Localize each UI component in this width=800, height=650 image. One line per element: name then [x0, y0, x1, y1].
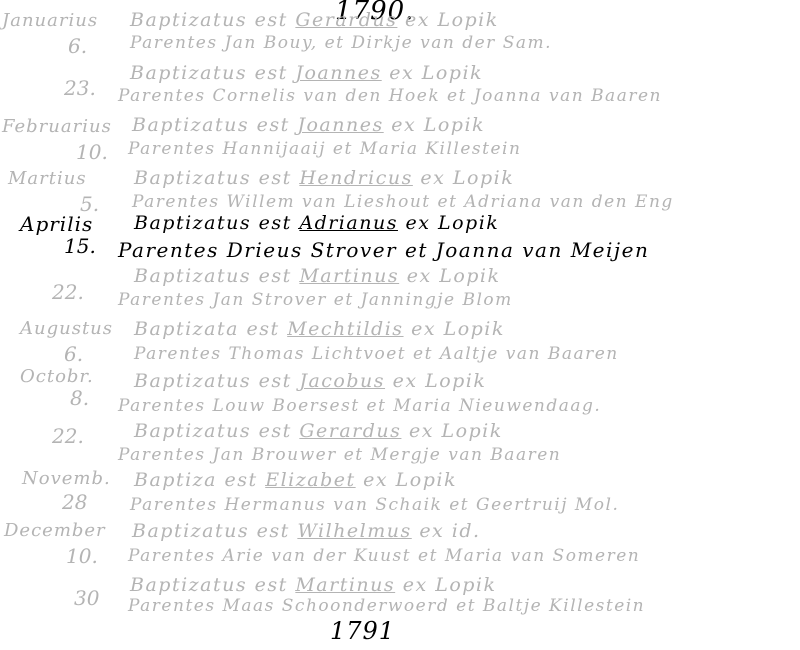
child-name: Mechtildis: [287, 318, 403, 340]
day-label: 23.: [64, 76, 96, 100]
baptism-line: Baptizatus est Martinus ex Lopik: [134, 265, 501, 287]
month-label: Februarius: [2, 116, 112, 137]
baptism-suffix: ex Lopik: [409, 420, 503, 442]
baptism-line: Baptizatus est Martinus ex Lopik: [130, 574, 497, 596]
baptism-suffix: ex Lopik: [389, 62, 483, 84]
day-label: 28: [62, 490, 87, 514]
day-label: 10.: [76, 140, 108, 164]
baptism-prefix: Baptizatus est: [134, 167, 292, 189]
child-name: Joannes: [297, 114, 383, 136]
baptism-prefix: Baptizatus est: [130, 9, 288, 31]
day-label: 22.: [52, 424, 84, 448]
parents-line: Parentes Maas Schoonderwoerd et Baltje K…: [128, 596, 645, 616]
baptism-prefix: Baptizatus est: [132, 520, 290, 542]
baptism-line: Baptizatus est Wilhelmus ex id.: [132, 520, 481, 542]
parents-line: Parentes Jan Bouy, et Dirkje van der Sam…: [130, 33, 552, 53]
baptism-suffix: ex Lopik: [391, 114, 485, 136]
baptism-prefix: Baptizatus est: [130, 574, 288, 596]
parents-line-highlighted: Parentes Drieus Strover et Joanna van Me…: [118, 238, 649, 262]
baptism-line: Baptizatus est Hendricus ex Lopik: [134, 167, 514, 189]
baptism-line: Baptizatus est Joannes ex Lopik: [132, 114, 485, 136]
baptism-suffix: ex Lopik: [420, 167, 514, 189]
day-label: 8.: [70, 386, 89, 410]
baptism-line: Baptizata est Mechtildis ex Lopik: [134, 318, 505, 340]
baptism-prefix: Baptizatus est: [132, 114, 290, 136]
month-label-highlighted: Aprilis: [20, 212, 93, 236]
child-name: Jacobus: [299, 370, 385, 392]
parents-line: Parentes Thomas Lichtvoet et Aaltje van …: [134, 344, 619, 364]
parents-line: Parentes Hannijaaij et Maria Killestein: [128, 139, 521, 159]
child-name: Gerardus: [295, 9, 397, 31]
baptism-line: Baptizatus est Jacobus ex Lopik: [134, 370, 486, 392]
baptism-prefix: Baptiza est: [134, 469, 258, 491]
child-name: Elizabet: [265, 469, 355, 491]
child-name: Joannes: [295, 62, 381, 84]
year-footer-1791: 1791: [330, 617, 395, 645]
baptism-suffix: ex Lopik: [411, 318, 505, 340]
baptism-line: Baptizatus est Gerardus ex Lopik: [134, 420, 503, 442]
baptism-suffix: ex Lopik: [363, 469, 457, 491]
month-label: December: [4, 520, 106, 541]
parents-line: Parentes Hermanus van Schaik et Geertrui…: [130, 495, 619, 515]
parents-line: Parentes Jan Strover et Janningje Blom: [118, 290, 513, 310]
baptism-suffix: ex id.: [419, 520, 480, 542]
month-label: Augustus: [20, 318, 113, 339]
day-label-highlighted: 15.: [64, 234, 96, 258]
parents-line: Parentes Louw Boersest et Maria Nieuwend…: [118, 396, 601, 416]
day-label: 10.: [66, 544, 98, 568]
baptism-suffix: ex Lopik: [406, 212, 500, 234]
parents-line: Parentes Arie van der Kuust et Maria van…: [128, 546, 640, 566]
baptism-suffix: ex Lopik: [403, 574, 497, 596]
day-label: 6.: [64, 342, 83, 366]
baptism-suffix: ex Lopik: [393, 370, 487, 392]
parents-line: Parentes Jan Brouwer et Mergje van Baare…: [118, 445, 561, 465]
parents-line: Parentes Cornelis van den Hoek et Joanna…: [118, 86, 662, 106]
baptism-line: Baptizatus est Gerardus ex Lopik: [130, 9, 499, 31]
baptism-prefix: Baptizatus est: [130, 62, 288, 84]
day-label: 6.: [68, 34, 87, 58]
child-name: Hendricus: [299, 167, 413, 189]
baptism-prefix: Baptizatus est: [134, 265, 292, 287]
baptism-line: Baptizatus est Joannes ex Lopik: [130, 62, 483, 84]
day-label: 30: [74, 586, 99, 610]
day-label: 22.: [52, 280, 84, 304]
month-label: Novemb.: [22, 468, 111, 489]
baptism-suffix: ex Lopik: [407, 265, 501, 287]
month-label: Octobr.: [20, 366, 94, 387]
baptism-prefix: Baptizata est: [134, 318, 280, 340]
child-name: Adrianus: [299, 212, 398, 234]
child-name: Wilhelmus: [297, 520, 411, 542]
child-name: Martinus: [299, 265, 399, 287]
child-name: Gerardus: [299, 420, 401, 442]
baptism-prefix: Baptizatus est: [134, 370, 292, 392]
baptism-prefix: Baptizatus est: [134, 212, 292, 234]
register-page: 1790. Januarius 6. Baptizatus est Gerard…: [0, 0, 800, 650]
baptism-prefix: Baptizatus est: [134, 420, 292, 442]
baptism-suffix: ex Lopik: [405, 9, 499, 31]
baptism-line: Baptiza est Elizabet ex Lopik: [134, 469, 457, 491]
child-name: Martinus: [295, 574, 395, 596]
month-label: Martius: [8, 168, 87, 189]
month-label: Januarius: [2, 10, 98, 31]
baptism-line-highlighted: Baptizatus est Adrianus ex Lopik: [134, 212, 499, 234]
parents-line: Parentes Willem van Lieshout et Adriana …: [132, 192, 674, 212]
